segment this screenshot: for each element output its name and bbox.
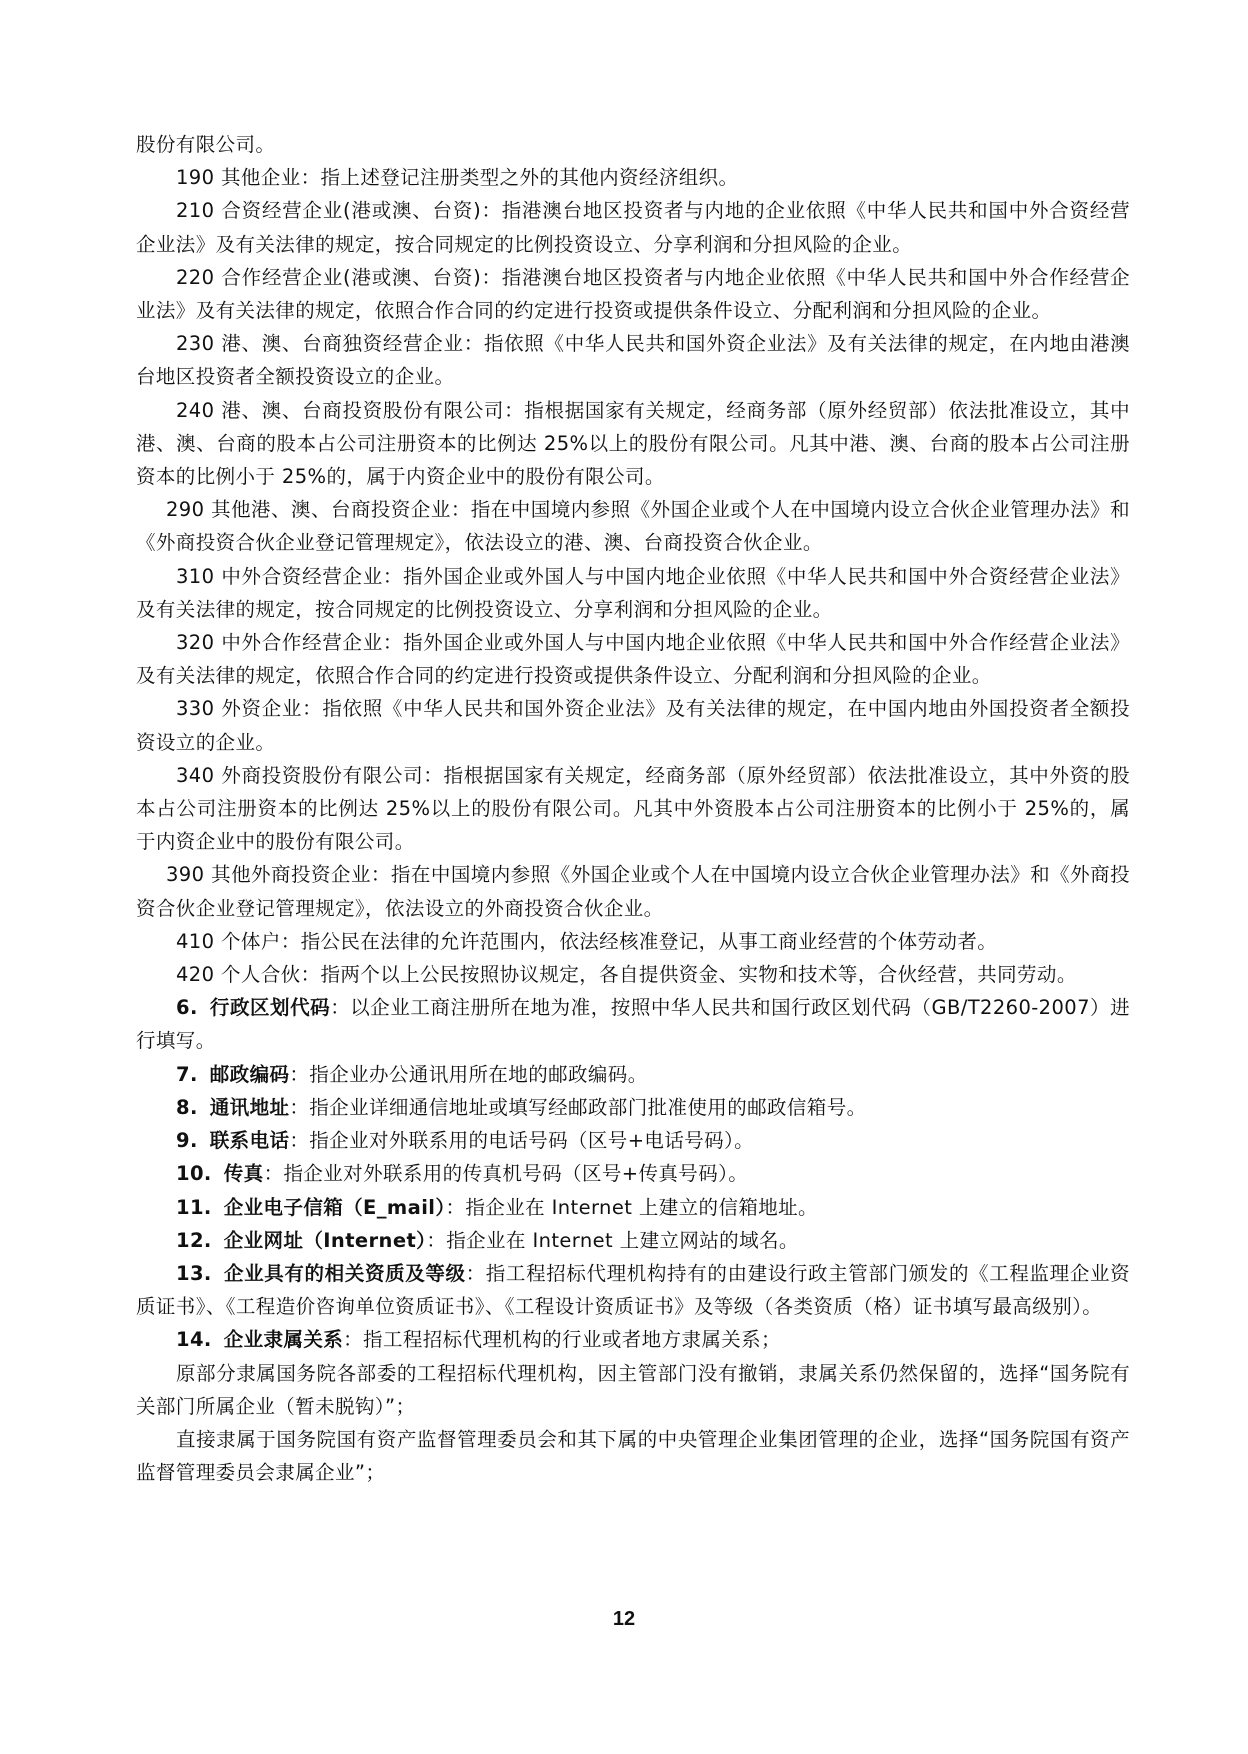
item-term: 联系电话 bbox=[210, 1129, 290, 1152]
item-10: 10.传真：指企业对外联系用的传真机号码（区号+传真号码）。 bbox=[136, 1157, 1130, 1190]
item-11: 11.企业电子信箱（E_mail）：指企业在 Internet 上建立的信箱地址… bbox=[136, 1191, 1130, 1224]
paragraph-affiliation-sasac: 直接隶属于国务院国有资产监督管理委员会和其下属的中央管理企业集团管理的企业，选择… bbox=[136, 1423, 1130, 1489]
paragraph-210: 210 合资经营企业(港或澳、台资)：指港澳台地区投资者与内地的企业依照《中华人… bbox=[136, 194, 1130, 260]
item-term: 通讯地址 bbox=[210, 1096, 290, 1119]
item-term: 邮政编码 bbox=[210, 1063, 290, 1086]
paragraph-320: 320 中外合作经营企业：指外国企业或外国人与中国内地企业依照《中华人民共和国中… bbox=[136, 626, 1130, 692]
item-text: ：指企业在 Internet 上建立的信箱地址。 bbox=[446, 1196, 818, 1219]
paragraph-230: 230 港、澳、台商独资经营企业：指依照《中华人民共和国外资企业法》及有关法律的… bbox=[136, 327, 1130, 393]
paragraph-continuation: 股份有限公司。 bbox=[136, 128, 1130, 161]
item-9: 9.联系电话：指企业对外联系用的电话号码（区号+电话号码）。 bbox=[136, 1124, 1130, 1157]
paragraph-330: 330 外资企业：指依照《中华人民共和国外资企业法》及有关法律的规定，在中国内地… bbox=[136, 692, 1130, 758]
item-text: ：指企业对外联系用的传真机号码（区号+传真号码）。 bbox=[264, 1162, 749, 1185]
document-page: 股份有限公司。 190 其他企业：指上述登记注册类型之外的其他内资经济组织。 2… bbox=[136, 128, 1130, 1489]
item-number: 13. bbox=[176, 1262, 212, 1285]
paragraph-310: 310 中外合资经营企业：指外国企业或外国人与中国内地企业依照《中华人民共和国中… bbox=[136, 560, 1130, 626]
item-text: ：指企业办公通讯用所在地的邮政编码。 bbox=[289, 1063, 647, 1086]
paragraph-220: 220 合作经营企业(港或澳、台资)：指港澳台地区投资者与内地企业依照《中华人民… bbox=[136, 261, 1130, 327]
item-text: ：指企业详细通信地址或填写经邮政部门批准使用的邮政信箱号。 bbox=[289, 1096, 866, 1119]
item-number: 6. bbox=[176, 996, 198, 1019]
item-number: 9. bbox=[176, 1129, 198, 1152]
item-number: 8. bbox=[176, 1096, 198, 1119]
paragraph-410: 410 个体户：指公民在法律的允许范围内，依法经核准登记，从事工商业经营的个体劳… bbox=[136, 925, 1130, 958]
item-number: 12. bbox=[176, 1229, 212, 1252]
item-term: 传真 bbox=[224, 1162, 264, 1185]
item-number: 10. bbox=[176, 1162, 212, 1185]
paragraph-240: 240 港、澳、台商投资股份有限公司：指根据国家有关规定，经商务部（原外经贸部）… bbox=[136, 394, 1130, 494]
item-12: 12.企业网址（Internet）：指企业在 Internet 上建立网站的域名… bbox=[136, 1224, 1130, 1257]
paragraph-290: 290 其他港、澳、台商投资企业：指在中国境内参照《外国企业或个人在中国境内设立… bbox=[136, 493, 1130, 559]
item-8: 8.通讯地址：指企业详细通信地址或填写经邮政部门批准使用的邮政信箱号。 bbox=[136, 1091, 1130, 1124]
item-text: ：指企业在 Internet 上建立网站的域名。 bbox=[426, 1229, 798, 1252]
item-number: 11. bbox=[176, 1196, 212, 1219]
paragraph-390: 390 其他外商投资企业：指在中国境内参照《外国企业或个人在中国境内设立合伙企业… bbox=[136, 858, 1130, 924]
item-text: ：指工程招标代理机构的行业或者地方隶属关系； bbox=[343, 1328, 781, 1351]
item-6: 6.行政区划代码：以企业工商注册所在地为准，按照中华人民共和国行政区划代码（GB… bbox=[136, 991, 1130, 1057]
item-term: 企业具有的相关资质及等级 bbox=[224, 1262, 466, 1285]
item-number: 7. bbox=[176, 1063, 198, 1086]
paragraph-affiliation-ministry: 原部分隶属国务院各部委的工程招标代理机构，因主管部门没有撤销，隶属关系仍然保留的… bbox=[136, 1357, 1130, 1423]
item-text: ：指企业对外联系用的电话号码（区号+电话号码）。 bbox=[289, 1129, 754, 1152]
item-14: 14.企业隶属关系：指工程招标代理机构的行业或者地方隶属关系； bbox=[136, 1323, 1130, 1356]
paragraph-340: 340 外商投资股份有限公司：指根据国家有关规定，经商务部（原外经贸部）依法批准… bbox=[136, 759, 1130, 859]
item-term: 企业电子信箱（E_mail） bbox=[224, 1196, 446, 1219]
item-term: 行政区划代码 bbox=[210, 996, 330, 1019]
item-7: 7.邮政编码：指企业办公通讯用所在地的邮政编码。 bbox=[136, 1058, 1130, 1091]
item-term: 企业隶属关系 bbox=[224, 1328, 343, 1351]
item-13: 13.企业具有的相关资质及等级：指工程招标代理机构持有的由建设行政主管部门颁发的… bbox=[136, 1257, 1130, 1323]
paragraph-190: 190 其他企业：指上述登记注册类型之外的其他内资经济组织。 bbox=[136, 161, 1130, 194]
page-number: 12 bbox=[0, 1608, 1248, 1631]
item-term: 企业网址（Internet） bbox=[224, 1229, 427, 1252]
item-number: 14. bbox=[176, 1328, 212, 1351]
paragraph-420: 420 个人合伙：指两个以上公民按照协议规定，各自提供资金、实物和技术等，合伙经… bbox=[136, 958, 1130, 991]
